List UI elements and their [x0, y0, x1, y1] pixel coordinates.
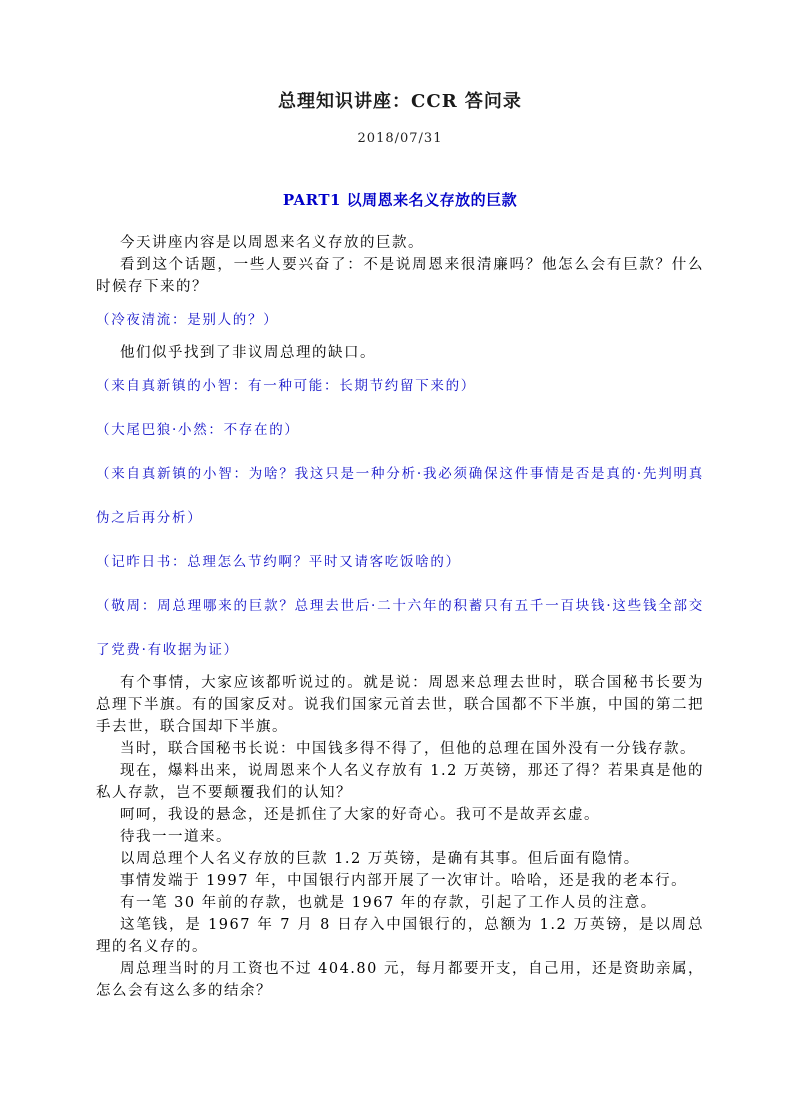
paragraph: 现在，爆料出来，说周恩来个人名义存放有 1.2 万英镑，那还了得？若果真是他的私… — [96, 760, 704, 804]
document-body: 今天讲座内容是以周恩来名义存放的巨款。 看到这个话题，一些人要兴奋了：不是说周恩… — [96, 232, 704, 1002]
comment-line: （大尾巴狼·小然：不存在的） — [96, 408, 704, 452]
document-date: 2018/07/31 — [96, 130, 704, 148]
paragraph: 看到这个话题，一些人要兴奋了：不是说周恩来很清廉吗？他怎么会有巨款？什么时候存下… — [96, 254, 704, 298]
paragraph: 今天讲座内容是以周恩来名义存放的巨款。 — [96, 232, 704, 254]
paragraph: 有个事情，大家应该都听说过的。就是说：周恩来总理去世时，联合国秘书长要为总理下半… — [96, 672, 704, 738]
paragraph: 周总理当时的月工资也不过 404.80 元，每月都要开支，自己用，还是资助亲属，… — [96, 958, 704, 1002]
paragraph: 呵呵，我设的悬念，还是抓住了大家的好奇心。我可不是故弄玄虚。 — [96, 804, 704, 826]
comment-line: （冷夜清流：是别人的？） — [96, 298, 704, 342]
paragraph: 事情发端于 1997 年，中国银行内部开展了一次审计。哈哈，还是我的老本行。 — [96, 870, 704, 892]
comment-line: （来自真新镇的小智：为啥？我这只是一种分析·我必须确保这件事情是否是真的·先判明… — [96, 452, 704, 540]
comment-line: （敬周：周总理哪来的巨款？总理去世后·二十六年的积蓄只有五千一百块钱·这些钱全部… — [96, 584, 704, 672]
paragraph: 有一笔 30 年前的存款，也就是 1967 年的存款，引起了工作人员的注意。 — [96, 892, 704, 914]
comment-line: （记昨日书：总理怎么节约啊？平时又请客吃饭啥的） — [96, 540, 704, 584]
paragraph: 以周总理个人名义存放的巨款 1.2 万英镑，是确有其事。但后面有隐情。 — [96, 848, 704, 870]
paragraph: 他们似乎找到了非议周总理的缺口。 — [96, 342, 704, 364]
section-heading-part1: PART1 以周恩来名义存放的巨款 — [96, 190, 704, 210]
paragraph: 当时，联合国秘书长说：中国钱多得不得了，但他的总理在国外没有一分钱存款。 — [96, 738, 704, 760]
document-page: 总理知识讲座：CCR 答问录 2018/07/31 PART1 以周恩来名义存放… — [0, 0, 800, 1100]
document-title: 总理知识讲座：CCR 答问录 — [96, 90, 704, 114]
comment-line: （来自真新镇的小智：有一种可能：长期节约留下来的） — [96, 364, 704, 408]
paragraph: 这笔钱，是 1967 年 7 月 8 日存入中国银行的，总额为 1.2 万英镑，… — [96, 914, 704, 958]
paragraph: 待我一一道来。 — [96, 826, 704, 848]
